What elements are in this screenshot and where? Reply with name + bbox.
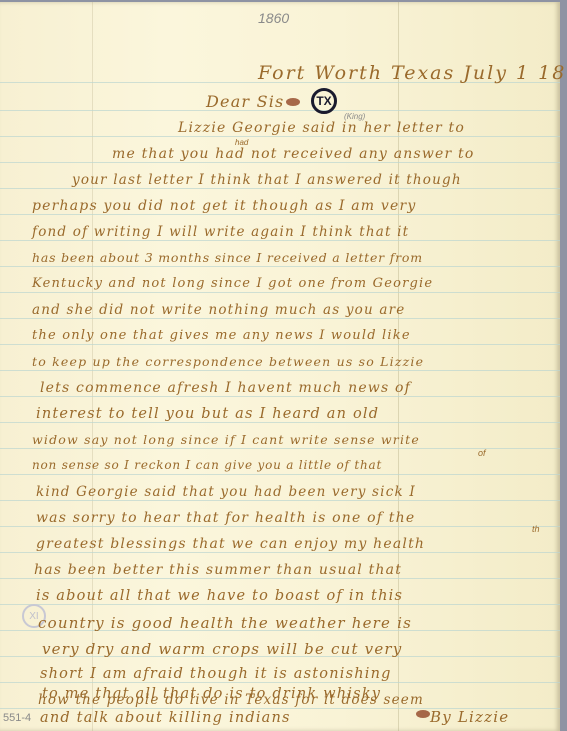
ruled-line (0, 136, 560, 137)
ruled-line (0, 396, 560, 397)
letter-line-11: lets commence afresh I havent much news … (40, 380, 411, 396)
letter-line-8: and she did not write nothing much as yo… (32, 302, 405, 318)
letter-line-19: is about all that we have to boast of in… (36, 588, 403, 604)
ruled-line (0, 682, 560, 683)
letter-line-9: the only one that gives me any news I wo… (32, 328, 411, 343)
letter-line-13: widow say not long since if I cant write… (32, 432, 420, 447)
letter-line-25: and talk about killing indians (40, 710, 291, 726)
letter-line-14: non sense so I reckon I can give you a l… (32, 458, 382, 472)
insertion-th: th (532, 524, 540, 534)
letter-line-6: has been about 3 months since I received… (32, 250, 423, 265)
ruled-line (0, 344, 560, 345)
ruled-line (0, 214, 560, 215)
ruled-line (0, 474, 560, 475)
letter-line-17: greatest blessings that we can enjoy my … (36, 536, 425, 552)
ruled-line (0, 604, 560, 605)
ruled-line (0, 162, 560, 163)
insertion-of: of (478, 448, 486, 458)
letter-line-16: was sorry to hear that for health is one… (36, 510, 415, 526)
letter-line-20: country is good health the weather here … (38, 614, 412, 632)
dateline: Fort Worth Texas July 1 1860 (258, 62, 567, 84)
insertion-had: had (235, 138, 248, 147)
ruled-line (0, 500, 560, 501)
signature: By Lizzie (430, 708, 509, 726)
ruled-line (0, 318, 560, 319)
ruled-line (0, 292, 560, 293)
salutation: Dear Sis (206, 92, 284, 111)
letter-line-3: your last letter I think that I answered… (72, 172, 462, 188)
letter-line-2: me that you had not received any answer … (112, 146, 475, 162)
letter-line-24: to me that all that do is to drink whisk… (42, 686, 381, 702)
letter-line-22: short I am afraid though it is astonishi… (40, 666, 392, 682)
catalog-number: 551-4 (3, 712, 31, 724)
ruled-line (0, 526, 560, 527)
letter-line-4: perhaps you did not get it though as I a… (32, 198, 417, 214)
letter-line-5: fond of writing I will write again I thi… (32, 224, 409, 240)
letter-line-10: to keep up the correspondence between us… (32, 354, 424, 369)
letter-line-15: kind Georgie said that you had been very… (36, 484, 416, 500)
letter-line-21: very dry and warm crops will be cut very (42, 640, 402, 658)
archival-year-note: 1860 (258, 10, 289, 26)
letter-line-18: has been better this summer than usual t… (34, 562, 402, 578)
letter-line-7: Kentucky and not long since I got one fr… (32, 276, 433, 291)
ruled-line (0, 552, 560, 553)
tx-archive-stamp: TX (311, 88, 337, 114)
ink-blot (286, 98, 300, 106)
ruled-line (0, 240, 560, 241)
ruled-line (0, 578, 560, 579)
ruled-line (0, 448, 560, 449)
ruled-line (0, 188, 560, 189)
letter-line-1: Lizzie Georgie said in her letter to (178, 120, 465, 136)
letter-line-12: interest to tell you but as I heard an o… (36, 406, 379, 422)
ruled-line (0, 370, 560, 371)
ruled-line (0, 422, 560, 423)
ink-blot (416, 710, 430, 718)
ruled-line (0, 266, 560, 267)
